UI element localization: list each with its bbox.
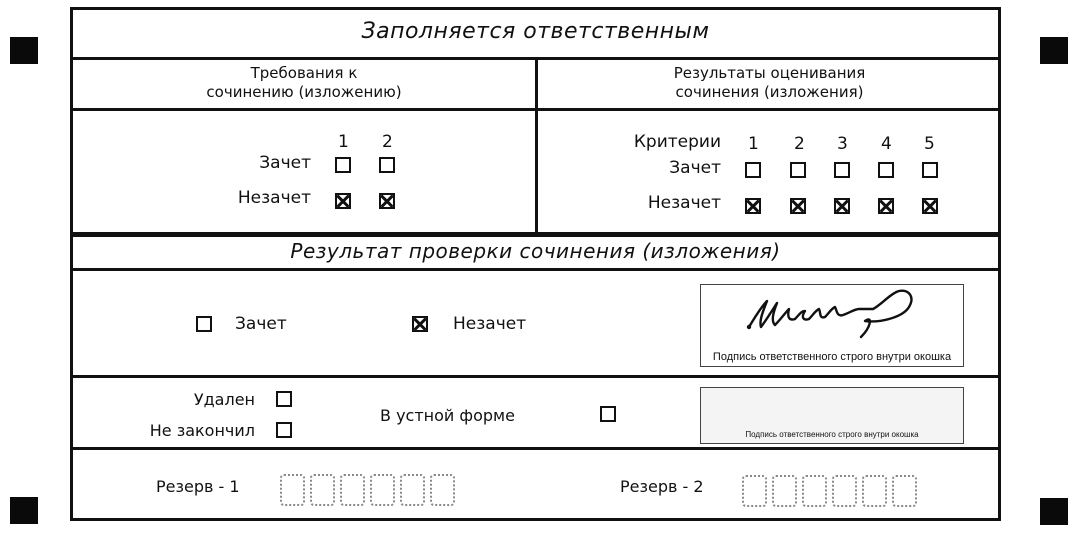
eval-pass-label: Зачет (669, 158, 721, 178)
reserve-2-cell[interactable] (742, 475, 767, 507)
req-col-2: 2 (382, 132, 393, 152)
reserve-2-cell[interactable] (892, 475, 917, 507)
reserve-2-label: Резерв - 2 (620, 477, 704, 496)
signature-box-2[interactable]: Подпись ответственного строго внутри око… (700, 387, 964, 444)
reserve-1-label: Резерв - 1 (156, 477, 240, 496)
evaluation-header-line2: сочинения (изложения) (538, 83, 1001, 102)
reserve-1-cell[interactable] (400, 474, 425, 506)
criteria-label: Критерии (634, 132, 721, 152)
req-fail-label: Незачет (238, 188, 311, 208)
req-pass-label: Зачет (259, 153, 311, 173)
evaluation-header-line1: Результаты оценивания (538, 64, 1001, 83)
req-2-fail-checkbox[interactable] (379, 193, 395, 209)
criterion-5-fail-checkbox[interactable] (922, 198, 938, 214)
divider (73, 268, 998, 271)
alignment-marker-bottom-left (10, 497, 38, 524)
result-fail-checkbox[interactable] (412, 316, 428, 332)
alignment-marker-top-right (1040, 37, 1068, 64)
req-1-pass-checkbox[interactable] (335, 157, 351, 173)
criterion-2-fail-checkbox[interactable] (790, 198, 806, 214)
criterion-3: 3 (837, 134, 848, 154)
criterion-5-pass-checkbox[interactable] (922, 162, 938, 178)
alignment-marker-top-left (10, 37, 38, 64)
reserve-2-cell[interactable] (862, 475, 887, 507)
reserve-1-cell[interactable] (340, 474, 365, 506)
criterion-3-pass-checkbox[interactable] (834, 162, 850, 178)
reserve-2-cell[interactable] (772, 475, 797, 507)
evaluation-header: Результаты оценивания сочинения (изложен… (538, 64, 1001, 102)
result-title: Результат проверки сочинения (изложения) (73, 239, 998, 263)
requirements-header-line1: Требования к (73, 64, 535, 83)
criterion-4: 4 (881, 134, 892, 154)
result-fail-label: Незачет (453, 314, 526, 334)
removed-checkbox[interactable] (276, 391, 292, 407)
form-title: Заполняется ответственным (73, 19, 998, 44)
reserve-2-cell[interactable] (832, 475, 857, 507)
form-frame: Заполняется ответственным Требования к с… (70, 7, 1001, 521)
criterion-2: 2 (794, 134, 805, 154)
criterion-5: 5 (924, 134, 935, 154)
oral-form-checkbox[interactable] (600, 406, 616, 422)
req-1-fail-checkbox[interactable] (335, 193, 351, 209)
criterion-1-pass-checkbox[interactable] (745, 162, 761, 178)
reserve-1-cell[interactable] (310, 474, 335, 506)
divider (73, 375, 998, 378)
criterion-1-fail-checkbox[interactable] (745, 198, 761, 214)
reserve-1-cell[interactable] (280, 474, 305, 506)
criterion-4-fail-checkbox[interactable] (878, 198, 894, 214)
signature-caption: Подпись ответственного строго внутри око… (701, 351, 963, 363)
requirements-header: Требования к сочинению (изложению) (73, 64, 535, 102)
result-pass-checkbox[interactable] (196, 316, 212, 332)
criterion-4-pass-checkbox[interactable] (878, 162, 894, 178)
oral-form-label: В устной форме (380, 406, 515, 425)
criterion-1: 1 (748, 134, 759, 154)
not-finished-label: Не закончил (150, 421, 255, 440)
criterion-3-fail-checkbox[interactable] (834, 198, 850, 214)
signature-caption-2: Подпись ответственного строго внутри око… (701, 430, 963, 439)
alignment-marker-bottom-right (1040, 498, 1068, 525)
reserve-1-cell[interactable] (370, 474, 395, 506)
req-col-1: 1 (338, 132, 349, 152)
reserve-1-cell[interactable] (430, 474, 455, 506)
criterion-2-pass-checkbox[interactable] (790, 162, 806, 178)
not-finished-checkbox[interactable] (276, 422, 292, 438)
removed-label: Удален (194, 390, 255, 409)
reserve-2-cell[interactable] (802, 475, 827, 507)
signature-box[interactable]: Подпись ответственного строго внутри око… (700, 284, 964, 367)
divider (73, 447, 998, 450)
req-2-pass-checkbox[interactable] (379, 157, 395, 173)
signature-image (741, 287, 941, 339)
result-pass-label: Зачет (235, 314, 287, 334)
requirements-header-line2: сочинению (изложению) (73, 83, 535, 102)
eval-fail-label: Незачет (648, 193, 721, 213)
